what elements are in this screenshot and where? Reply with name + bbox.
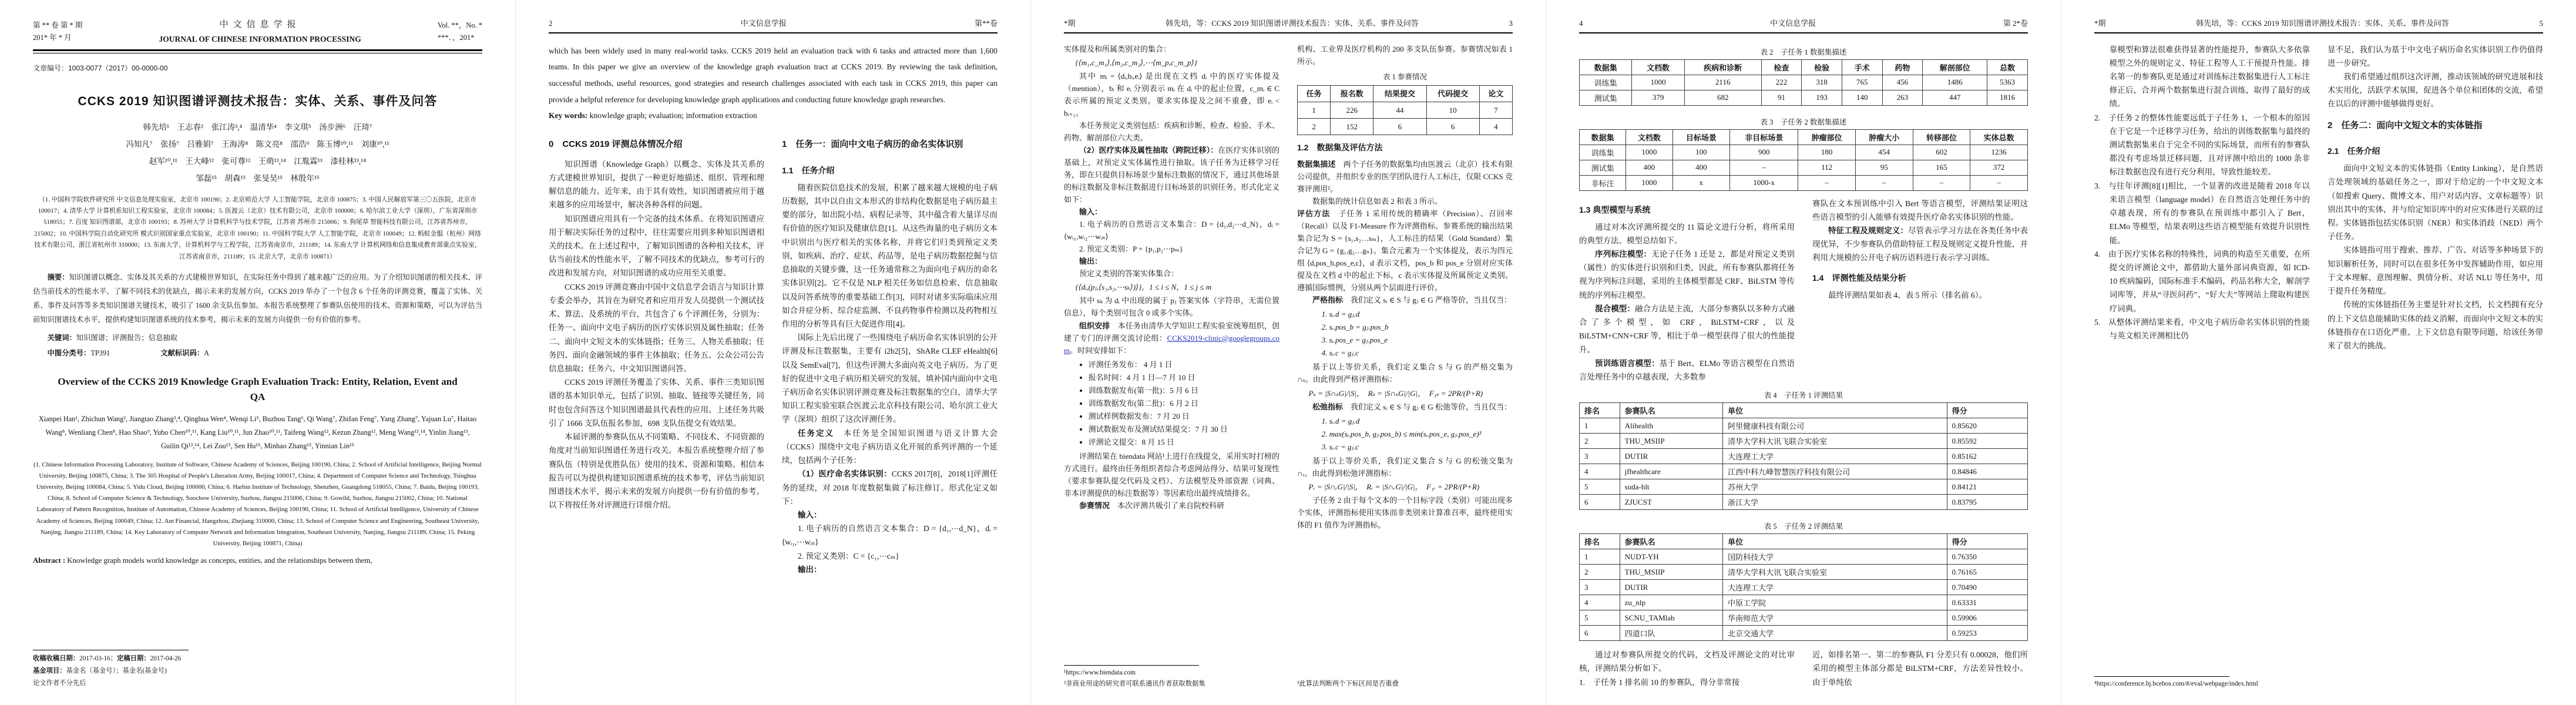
abstract-en-label: Abstract : bbox=[33, 556, 67, 565]
paragraph: 评测结果在 biendata 网站¹上进行在线提交，采用实时打榜的方式进行。最终… bbox=[1064, 450, 1279, 499]
running-head: 韩先培，等：CCKS 2019 知识图谱评测技术报告：实体、关系、事件及问答 bbox=[2196, 18, 2449, 29]
paragraph: 知识图谱应用具有一个完备的技术体系。在将知识图谱应用于解决实际任务的过程中，往往… bbox=[549, 212, 764, 280]
formula-line: 1. 电子病历的自然语言文本集合：D = {d₁,⋯d_N}，dᵢ = ⟨wᵢ₁… bbox=[782, 522, 998, 549]
subsection-heading: 1.1 任务介绍 bbox=[782, 163, 998, 177]
table-row: 5SCNU_TAMlab华南师范大学0.59906 bbox=[1580, 610, 2028, 626]
col-header: 代码提交 bbox=[1426, 85, 1479, 102]
input-label: 输入： bbox=[782, 508, 998, 522]
spacer bbox=[1579, 106, 2028, 113]
paragraph: 混合模型：融合方法是主流，大部分参赛队以多种方式融合了多个模型，如 CRF，Bi… bbox=[1579, 302, 1795, 357]
table-caption: 表 5 子任务 2 评测结果 bbox=[1579, 521, 2028, 531]
page-4: 4 中文信息学报 第 2*卷 表 2 子任务 1 数据集描述 数据集 文档数 疾… bbox=[1546, 0, 2061, 705]
left-column: 靠模型和算法很难获得显著的性能提升，参赛队大多依靠模型之外的规则定义、特征工程等… bbox=[2094, 43, 2310, 690]
paragraph: 参赛情况 本次评测共吸引了来自院校科研 bbox=[1064, 499, 1279, 512]
two-column-body: 0 CCKS 2019 评测总体情况介绍 知识图谱（Knowledge Grap… bbox=[549, 130, 998, 690]
paragraph: 评估方法 子任务 1 采用传统的精确率（Precision）、召回率（Recal… bbox=[1297, 207, 1513, 294]
col-header: 得分 bbox=[1947, 403, 2027, 418]
date-line-en: ***．，201* bbox=[438, 32, 482, 44]
list-item: max(sᵢ.pos_b, gⱼ.pos_b) ≤ min(sᵢ.pos_e, … bbox=[1329, 428, 1513, 440]
subtask1-label: （1）医疗命名实体识别： bbox=[798, 469, 892, 478]
vol-line: Vol. **，No. * bbox=[438, 19, 482, 32]
col-header: 检验 bbox=[1802, 59, 1842, 75]
paragraph: （2）医疗实体及属性抽取（跨院迁移）：在医疗实体识别的基础上，对预定义实体属性进… bbox=[1064, 144, 1279, 206]
right-column: 赛队在文本预训练中引入 Bert 等语言模型，评测结果证明这些语言模型的引入能够… bbox=[1812, 197, 2028, 384]
relaxed-metric-label: 松弛指标 bbox=[1312, 402, 1343, 411]
spacer bbox=[1579, 510, 2028, 517]
page-number: 4 bbox=[1579, 18, 1583, 29]
footnote-rule bbox=[1064, 665, 1199, 666]
footnote-url: ⁴https://conference.bj.bcebos.com/#/eval… bbox=[2094, 679, 2310, 690]
footnotes: ¹https://www.biendata.com ²非商业用途的研究者可联系通… bbox=[1064, 660, 1279, 690]
volume-label: 第**卷 bbox=[975, 18, 998, 29]
table-row: 1Alihealth阿里健康科技有限公司0.85620 bbox=[1580, 418, 2028, 434]
col-header: 非目标场景 bbox=[1730, 129, 1798, 145]
paragraph: 预定义类别的答案实体集合： bbox=[1064, 267, 1279, 280]
col-header: 报名数 bbox=[1331, 85, 1373, 102]
fund-line: 基金项目：基金名（基金号）；基金名(基金号) bbox=[33, 665, 482, 677]
paragraph: 其中 mᵢ = ⟨dᵢ,bᵢ,eᵢ⟩ 是出现在文档 dᵢ 中的医疗实体提及（me… bbox=[1064, 70, 1279, 119]
col-header: 检查 bbox=[1761, 59, 1802, 75]
abstract-en-text: Knowledge graph models world knowledge a… bbox=[67, 556, 372, 565]
paragraph: 通过对参赛队所提交的代码，文档及评测论文的对比审核，评测结果分析如下。 bbox=[1579, 648, 1795, 675]
header-rule bbox=[33, 49, 482, 53]
formula-line: {⟨dᵢ,(pⱼ,⟨s₁,s₂,⋯sₖ⟩)⟩}，1 ≤ i ≤ N，1 ≤ j … bbox=[1064, 281, 1279, 293]
paragraph: 本届评测的参赛队伍从不同策略、不同技术、不同资源的角度对当前知识图谱任务进行攻关… bbox=[549, 430, 764, 512]
paragraph: 赛队在文本预训练中引入 Bert 等语言模型，评测结果证明这些语言模型的引入能够… bbox=[1812, 197, 2028, 224]
numbered-item: 3. 与往年评测[8][1]相比，一个显著的改进是随着 2018 年以来语言模型… bbox=[2094, 179, 2310, 247]
journal-title-block: 中文信息学报 JOURNAL OF CHINESE INFORMATION PR… bbox=[159, 18, 361, 46]
abstract-label: 摘要： bbox=[48, 273, 69, 281]
table-row: 3DUTIR大连理工大学0.70490 bbox=[1580, 580, 2028, 595]
schedule-list: 评测任务发布： 4 月 1 日 报名时间：4 月 1 日—7 月 10 日 训练… bbox=[1089, 358, 1279, 449]
page-header: 第 ** 卷 第 * 期 201* 年 * 月 中文信息学报 JOURNAL O… bbox=[33, 18, 482, 46]
table-row: 5suda-hlt苏州大学0.84121 bbox=[1580, 479, 2028, 495]
subsection-heading: 1.4 评测性能及结果分析 bbox=[1812, 271, 2028, 285]
footnote-rule bbox=[33, 650, 189, 650]
list-item: 评测任务发布： 4 月 1 日 bbox=[1089, 358, 1279, 371]
hybrid-model-label: 混合模型： bbox=[1595, 304, 1635, 313]
col-header: 药物 bbox=[1882, 59, 1923, 75]
table-row: 2THU_MSIIP清华大学科大讯飞联合实验室0.76165 bbox=[1580, 565, 2028, 580]
table-row: 1NUDT-YH国防科技大学0.76350 bbox=[1580, 549, 2028, 565]
keywords-label: 关键词： bbox=[48, 334, 76, 342]
list-item: 评测论文提交：8 月 15 日 bbox=[1089, 436, 1279, 448]
doc-code-value: A bbox=[204, 349, 209, 357]
strict-metric-label: 严格指标 bbox=[1312, 296, 1343, 304]
dataset-label: 数据集描述 bbox=[1297, 160, 1336, 169]
title-page-footnotes: 收稿收稿日期：2017-03-16；定稿日期：2017-04-26 基金项目：基… bbox=[33, 650, 482, 690]
header-rule bbox=[1579, 32, 2028, 33]
two-column-body: 实体提及和所属类别对的集合： {⟨m₁,c_m₁⟩,⟨m₂,c_m₂⟩,⋯⟨m_… bbox=[1064, 43, 1513, 690]
formula-line: {⟨m₁,c_m₁⟩,⟨m₂,c_m₂⟩,⋯⟨m_p,c_m_p⟩} bbox=[1064, 56, 1279, 69]
abstract-cn: 摘要：知识图谱以概念、实体及其关系的方式建模世界知识，在实际任务中得到了越来越广… bbox=[33, 271, 482, 327]
abstract-en: Abstract : Knowledge graph models world … bbox=[33, 556, 482, 565]
paragraph: 严格指标 我们定义 sᵢ ∈ S 与 gⱼ ∈ G 严格等价，当且仅当： bbox=[1297, 294, 1513, 306]
formula-line: Pₛ = |S∩ₛG|/|S|， Rₛ = |S∩ₛG|/|G|， F₁ₛ = … bbox=[1297, 387, 1513, 399]
affiliations-en: (1. Chinese Information Processing Labor… bbox=[33, 459, 482, 550]
subsection-heading: 1.2 数据集及评估方法 bbox=[1297, 141, 1513, 155]
two-column-body: 通过对参赛队所提交的代码，文档及评测论文的对比审核，评测结果分析如下。 1. 子… bbox=[1579, 648, 2028, 690]
authors-line: 赵军¹⁰,¹¹ 王大峰¹² 张可尊¹² 王萌¹³,¹⁴ 江胤霖¹³ 漆桂林¹³,… bbox=[33, 153, 482, 170]
issue-label: *期 bbox=[2094, 18, 2106, 29]
subtask2-label: （2）医疗实体及属性抽取（跨院迁移）： bbox=[1079, 146, 1218, 155]
numbered-item: 4. 由于医疗实体名称的特殊性，词典的构造至关重要，在所提交的评测论文中，都借助… bbox=[2094, 247, 2310, 315]
journal-name-en: JOURNAL OF CHINESE INFORMATION PROCESSIN… bbox=[159, 33, 361, 46]
sequence-model-label: 序列标注模型： bbox=[1595, 250, 1651, 258]
list-item: sᵢ.c = gⱼ.c bbox=[1329, 347, 1513, 359]
table-row: 4jfhealthcare江西中科九峰智慧医疗科技有限公司0.84846 bbox=[1580, 464, 2028, 479]
col-header: 肿瘤大小 bbox=[1855, 129, 1913, 145]
received-line: 收稿收稿日期：2017-03-16；定稿日期：2017-04-26 bbox=[33, 653, 482, 665]
paragraph: 知识图谱（Knowledge Graph）以概念、实体及其关系的方式建模世界知识… bbox=[549, 157, 764, 212]
left-column: 通过对参赛队所提交的代码，文档及评测论文的对比审核，评测结果分析如下。 1. 子… bbox=[1579, 648, 1795, 690]
right-column: 近，如排名第一、第二的参赛队 F1 分差只有 0.00028，他们所采用的模型主… bbox=[1812, 648, 2028, 690]
page-header: 2 中文信息学报 第**卷 bbox=[549, 18, 998, 29]
table-row: 测试集 379 682 91 193 140 263 447 1816 bbox=[1580, 90, 2028, 105]
formula-line: 2. 预定义类别：P = {p₁,p₂⋯pₘ} bbox=[1064, 243, 1279, 255]
authors-line: 冯知凡⁷ 张扬⁷ 吕雅娟⁷ 王海涛⁸ 陈文亮⁸ 邵浩⁹ 陈玉博¹⁰,¹¹ 刘康¹… bbox=[33, 136, 482, 153]
running-head: 韩先培，等：CCKS 2019 知识图谱评测技术报告：实体、关系、事件及问答 bbox=[1166, 18, 1418, 29]
output-label: 输出： bbox=[1064, 255, 1279, 267]
col-header: 总数 bbox=[1987, 59, 2028, 75]
paragraph: 其中 sₖ 为 dᵢ 中出现的属于 pⱼ 答案实体（字符串，无需位置信息），每个… bbox=[1064, 294, 1279, 319]
page-number: 5 bbox=[2539, 18, 2543, 29]
table-subtask2-dataset: 数据集 文档数 目标场景 非目标场景 肿瘤部位 肿瘤大小 转移部位 实体总数 训… bbox=[1579, 129, 2028, 191]
paragraph: 传统的实体链指任务主要是针对长文档，长文档拥有充分的上下文信息能辅助实体的歧义消… bbox=[2328, 298, 2543, 352]
running-head: 中文信息学报 bbox=[1770, 18, 1816, 29]
eval-method-label: 评估方法 bbox=[1297, 209, 1330, 218]
col-header: 手术 bbox=[1842, 59, 1882, 75]
page-header: *期 韩先培，等：CCKS 2019 知识图谱评测技术报告：实体、关系、事件及问… bbox=[2094, 18, 2543, 29]
strict-criteria-list: sᵢ.d = gⱼ.d sᵢ.pos_b = gⱼ.pos_b sᵢ.pos_e… bbox=[1329, 307, 1513, 360]
col-header: 论文 bbox=[1479, 85, 1512, 102]
abstract-en-continuation: which has been widely used in many real-… bbox=[549, 43, 998, 108]
table-subtask1-results: 排名 参赛队名 单位 得分 1Alihealth阿里健康科技有限公司0.8562… bbox=[1579, 402, 2028, 510]
paragraph: 数据集描述 两个子任务的数据集均由医渡云（北京）技术有限公司提供，并组织专业的医… bbox=[1297, 158, 1513, 195]
list-item: 训练数据发布(第二批)：6 月 2 日 bbox=[1089, 397, 1279, 409]
page-number: 3 bbox=[1509, 18, 1513, 29]
paragraph: 机构、工业界及医疗机构的 200 多支队伍参赛。参赛情况如表 1 所示。 bbox=[1297, 43, 1513, 68]
col-header: 解剖部位 bbox=[1923, 59, 1987, 75]
keywords-text: 知识图谱；评测报告；信息抽取 bbox=[76, 334, 177, 342]
table-caption: 表 1 参赛情况 bbox=[1297, 71, 1513, 83]
paragraph: 近，如排名第一、第二的参赛队 F1 分差只有 0.00028，他们所采用的模型主… bbox=[1812, 648, 2028, 689]
col-header: 结果提交 bbox=[1373, 85, 1426, 102]
formula-line: 2. 预定义类别：C = {c₁,⋯cₘ} bbox=[782, 549, 998, 563]
task-definition-label: 任务定义 bbox=[798, 429, 834, 438]
table-row: 训练集 1000 100 900 180 454 602 1236 bbox=[1580, 145, 2028, 160]
page-1: 第 ** 卷 第 * 期 201* 年 * 月 中文信息学报 JOURNAL O… bbox=[0, 0, 515, 705]
page-5: *期 韩先培，等：CCKS 2019 知识图谱评测技术报告：实体、关系、事件及问… bbox=[2061, 0, 2576, 705]
paragraph: 子任务 2 由于每个文本的一个目标字段（类别）可能出现多个实体，评测指标使用实体… bbox=[1297, 494, 1513, 531]
footnote-overlap: ³此算法判断两个下标区间是否重叠 bbox=[1297, 679, 1513, 690]
authors-line: 邹磊¹⁵ 胡森¹⁵ 张旻昊¹⁵ 林殷年¹⁵ bbox=[33, 170, 482, 187]
table-caption: 表 3 子任务 2 数据集描述 bbox=[1579, 116, 2028, 127]
list-item: sᵢ.c = gⱼ.c bbox=[1329, 441, 1513, 453]
paragraph: CCKS 2019 评测竞赛由中国中文信息学会语言与知识计算专委会举办，其旨在为… bbox=[549, 280, 764, 376]
list-item: 训练数据发布(第一批)：5 月 6 日 bbox=[1089, 384, 1279, 397]
header-rule bbox=[1064, 32, 1513, 33]
table-row: 2 152 6 6 4 bbox=[1298, 118, 1513, 135]
table-header-row: 排名 参赛队名 单位 得分 bbox=[1580, 534, 2028, 549]
col-header: 单位 bbox=[1723, 403, 1947, 418]
table-row: 1 226 44 10 7 bbox=[1298, 102, 1513, 118]
article-number: 文章编号：1003-0077（2017）00-0000-00 bbox=[33, 63, 482, 73]
col-header: 转移部位 bbox=[1913, 129, 1970, 145]
list-item: 测试数据发布及测试结果提交：7 月 30 日 bbox=[1089, 423, 1279, 435]
table-caption: 表 2 子任务 1 数据集描述 bbox=[1579, 46, 2028, 57]
footnote-rule bbox=[2094, 676, 2229, 677]
paragraph: 面向中文短文本的实体链指（Entity Linking），是自然语言处理领域的基… bbox=[2328, 162, 2543, 243]
section-heading: 2 任务二：面向中文短文本的实体链指 bbox=[2328, 119, 2543, 133]
doc-code-label: 文献标识码： bbox=[160, 349, 204, 357]
paragraph: 数据集的统计信息如表 2 和表 3 所示。 bbox=[1297, 195, 1513, 207]
paragraph: 任务定义 本任务是全国知识图谱与语义计算大会（CCKS）围绕中文电子病历语义化开… bbox=[782, 427, 998, 468]
list-item: sᵢ.pos_e = gⱼ.pos_e bbox=[1329, 334, 1513, 346]
paragraph: （1）医疗命名实体识别：CCKS 2017[8]，2018[1]评测任务的延续，… bbox=[782, 467, 998, 508]
keywords-en: Key words: knowledge graph; evaluation; … bbox=[549, 111, 998, 120]
paragraph: 特征工程及规则定义：尽管表示学习方法在各类任务中表现优异，不少参赛队仍借助特征工… bbox=[1812, 224, 2028, 265]
paragraph: 基于以上等价关系，我们定义集合 S 与 G 的松弛交集为 ∩ᵣ。由此得到松弛评测… bbox=[1297, 455, 1513, 479]
header-rule bbox=[549, 32, 998, 33]
col-header: 任务 bbox=[1298, 85, 1331, 102]
numbered-item: 2. 子任务 2 的整体性能要远低于子任务 1，一个根本的原因在于它是一个迁移学… bbox=[2094, 111, 2310, 179]
volume-label: 第 2*卷 bbox=[2003, 18, 2028, 29]
table-row: 3DUTIR大连理工大学0.85162 bbox=[1580, 449, 2028, 464]
page-header: 4 中文信息学报 第 2*卷 bbox=[1579, 18, 2028, 29]
page-2: 2 中文信息学报 第**卷 which has been widely used… bbox=[515, 0, 1030, 705]
list-item: sᵢ.pos_b = gⱼ.pos_b bbox=[1329, 321, 1513, 333]
paper-title-en: Overview of the CCKS 2019 Knowledge Grap… bbox=[51, 374, 465, 405]
paragraph: 组织安排 本任务由清华大学知识工程实验室统筹组织，创建了专门的评测交流讨论组：C… bbox=[1064, 320, 1279, 357]
two-column-body: 靠模型和算法很难获得显著的性能提升，参赛队大多依靠模型之外的规则定义、特征工程等… bbox=[2094, 43, 2543, 690]
table-row: 4zu_nlp中原工学院0.63331 bbox=[1580, 595, 2028, 610]
header-issue-block: 第 ** 卷 第 * 期 201* 年 * 月 bbox=[33, 19, 82, 45]
paragraph: CCKS 2019 评测任务覆盖了实体、关系、事件三类知识图谱的基本知识单元，包… bbox=[549, 375, 764, 430]
paragraph: 通过对本次评测所提交的 11 篇论文进行分析，将所采用的典型方法、模型总结如下。 bbox=[1579, 220, 1795, 247]
paragraph: 靠模型和算法很难获得显著的性能提升，参赛队大多依靠模型之外的规则定义、特征工程等… bbox=[2094, 43, 2310, 111]
journal-name-cn: 中文信息学报 bbox=[159, 18, 361, 33]
right-column: 显不足，我们认为基于中文电子病历命名实体识别工作仍值得进一步研究。 我们希望通过… bbox=[2328, 43, 2543, 690]
numbered-item: 5. 从整体评测结果来看，中文电子病历命名实体识别的性能与英文相关评测相比仍 bbox=[2094, 315, 2310, 343]
authors-en: Xianpei Han¹, Zhichun Wang², Jiangtao Zh… bbox=[38, 412, 478, 454]
col-header: 数据集 bbox=[1580, 129, 1626, 145]
output-label: 输出： bbox=[782, 563, 998, 576]
page-3: *期 韩先培，等：CCKS 2019 知识图谱评测技术报告：实体、关系、事件及问… bbox=[1030, 0, 1546, 705]
col-header: 参赛队名 bbox=[1620, 534, 1722, 549]
col-header: 排名 bbox=[1580, 403, 1620, 418]
col-header: 单位 bbox=[1723, 534, 1947, 549]
feature-rule-label: 特征工程及规则定义： bbox=[1828, 226, 1908, 235]
clc-line: 中图分类号：TP391文献标识码：A bbox=[33, 347, 482, 358]
table-header-row: 数据集 文档数 疾病和诊断 检查 检验 手术 药物 解剖部位 总数 bbox=[1580, 59, 2028, 75]
left-column: 1.3 典型模型与系统 通过对本次评测所提交的 11 篇论文进行分析，将所采用的… bbox=[1579, 197, 1795, 384]
subsection-heading: 1.3 典型模型与系统 bbox=[1579, 203, 1795, 217]
footnote-biendata: ¹https://www.biendata.com bbox=[1064, 667, 1279, 679]
issue-label: *期 bbox=[1064, 18, 1076, 29]
table-row: 2THU_MSIIP清华大学科大讯飞联合实验室0.85592 bbox=[1580, 434, 2028, 449]
list-item: 报名时间：4 月 1 日—7 月 10 日 bbox=[1089, 371, 1279, 384]
paragraph: 实体提及和所属类别对的集合： bbox=[1064, 43, 1279, 55]
input-label: 输入： bbox=[1064, 206, 1279, 218]
participation-label: 参赛情况 bbox=[1079, 501, 1110, 510]
table-row: 非标注 1000 x 1000-x – – – – bbox=[1580, 175, 2028, 190]
pretrained-lm-label: 预训练语言模型： bbox=[1595, 359, 1660, 368]
two-column-body: 1.3 典型模型与系统 通过对本次评测所提交的 11 篇论文进行分析，将所采用的… bbox=[1579, 197, 2028, 384]
footnotes: ³此算法判断两个下标区间是否重叠 bbox=[1297, 674, 1513, 690]
clc-label: 中图分类号： bbox=[48, 349, 91, 357]
paragraph: 松弛指标 我们定义 sᵢ ∈ S 与 gⱼ ∈ G 松弛等价，当且仅当： bbox=[1297, 401, 1513, 413]
journal-spread: 第 ** 卷 第 * 期 201* 年 * 月 中文信息学报 JOURNAL O… bbox=[0, 0, 2576, 705]
table-subtask2-results: 排名 参赛队名 单位 得分 1NUDT-YH国防科技大学0.76350 2THU… bbox=[1579, 533, 2028, 641]
col-header: 文档数 bbox=[1632, 59, 1684, 75]
table-row: 训练集 1000 2116 222 318 765 456 1486 5363 bbox=[1580, 75, 2028, 90]
subsection-heading: 2.1 任务介绍 bbox=[2328, 144, 2543, 158]
relaxed-criteria-list: sᵢ.d = gⱼ.d max(sᵢ.pos_b, gⱼ.pos_b) ≤ mi… bbox=[1329, 414, 1513, 454]
left-column: 0 CCKS 2019 评测总体情况介绍 知识图谱（Knowledge Grap… bbox=[549, 130, 764, 690]
paragraph: 本任务预定义类别包括：疾病和诊断、检查、检验、手术、药物、解剖部位六大类。 bbox=[1064, 119, 1279, 144]
affiliations-cn: （1. 中国科学院软件研究所 中文信息处理实验室，北京市 100190；2. 北… bbox=[33, 194, 482, 263]
paragraph: 国际上先后出现了一些围绕电子病历命名实体识别的公开评测及标注数据集，主要有 i2… bbox=[782, 331, 998, 427]
footnotes: ⁴https://conference.bj.bcebos.com/#/eval… bbox=[2094, 672, 2310, 690]
table-header-row: 任务 报名数 结果提交 代码提交 论文 bbox=[1298, 85, 1513, 102]
paragraph: 显不足，我们认为基于中文电子病历命名实体识别工作仍值得进一步研究。 bbox=[2328, 43, 2543, 70]
table-caption: 表 4 子任务 1 评测结果 bbox=[1579, 390, 2028, 400]
authors-cn: 韩先培¹ 王志春² 张江涛³,⁴ 温清华⁴ 李文琪⁵ 汤步洲⁶ 汪琦⁷ 冯知凡⁷… bbox=[33, 119, 482, 187]
page-number: 2 bbox=[549, 18, 553, 29]
paragraph: 预训练语言模型：基于 Bert、ELMo 等语言模型在自然语言处理任务中的卓越表… bbox=[1579, 357, 1795, 384]
footnote-dataset: ²非商业用途的研究者可联系通讯作者获取数据集 bbox=[1064, 679, 1279, 690]
col-header: 疾病和诊断 bbox=[1684, 59, 1761, 75]
header-vol-block: Vol. **，No. * ***．，201* bbox=[438, 19, 482, 45]
list-item: sᵢ.d = gⱼ.d bbox=[1329, 308, 1513, 320]
issue-line: 第 ** 卷 第 * 期 bbox=[33, 19, 82, 32]
col-header: 参赛队名 bbox=[1620, 403, 1722, 418]
authors-note: 论文作者不分先后 bbox=[33, 677, 482, 690]
paragraph: 序列标注模型：无论子任务 1 还是 2，都是对预定义类别（属性）的实体进行识别和… bbox=[1579, 247, 1795, 302]
paragraph: 最终评测结果如表 4、表 5 所示（排名前 6）。 bbox=[1812, 288, 2028, 302]
right-column: 1 任务一：面向中文电子病历的命名实体识别 1.1 任务介绍 随着医院信息技术的… bbox=[782, 130, 998, 690]
formula-line: Pᵣ = |S∩ᵣG|/|S|， Rᵣ = |S∩ᵣG|/|G|， F₁ᵣ = … bbox=[1297, 481, 1513, 493]
right-column: 机构、工业界及医疗机构的 200 多支队伍参赛。参赛情况如表 1 所示。 表 1… bbox=[1297, 43, 1513, 690]
date-line: 201* 年 * 月 bbox=[33, 32, 82, 44]
section-heading: 0 CCKS 2019 评测总体情况介绍 bbox=[549, 138, 764, 152]
page-header: *期 韩先培，等：CCKS 2019 知识图谱评测技术报告：实体、关系、事件及问… bbox=[1064, 18, 1513, 29]
clc-value: TP391 bbox=[90, 349, 110, 357]
col-header: 肿瘤部位 bbox=[1798, 129, 1856, 145]
table-subtask1-dataset: 数据集 文档数 疾病和诊断 检查 检验 手术 药物 解剖部位 总数 训练集 10… bbox=[1579, 59, 2028, 106]
organization-label: 组织安排 bbox=[1079, 321, 1110, 330]
table-header-row: 排名 参赛队名 单位 得分 bbox=[1580, 403, 2028, 418]
authors-line: 韩先培¹ 王志春² 张江涛³,⁴ 温清华⁴ 李文琪⁵ 汤步洲⁶ 汪琦⁷ bbox=[33, 119, 482, 136]
table-row: 6ZJUCST浙江大学0.83795 bbox=[1580, 495, 2028, 510]
col-header: 文档数 bbox=[1626, 129, 1672, 145]
abstract-text: 知识图谱以概念、实体及其关系的方式建模世界知识，在实际任务中得到了越来越广泛的应… bbox=[33, 273, 482, 324]
header-rule bbox=[2094, 32, 2543, 33]
col-header: 目标场景 bbox=[1672, 129, 1730, 145]
left-column: 实体提及和所属类别对的集合： {⟨m₁,c_m₁⟩,⟨m₂,c_m₂⟩,⋯⟨m_… bbox=[1064, 43, 1279, 690]
paragraph: 我们希望通过组织这次评测，推动该领域的研究进展和技术实用化，活跃学术氛围，促进各… bbox=[2328, 70, 2543, 111]
table-header-row: 数据集 文档数 目标场景 非目标场景 肿瘤部位 肿瘤大小 转移部位 实体总数 bbox=[1580, 129, 2028, 145]
formula-line: 1. 电子病历的自然语言文本集合：D = {d₁,d₂⋯d_N}，dᵢ = ⟨w… bbox=[1064, 218, 1279, 243]
table-row: 测试集 400 400 – 112 95 165 372 bbox=[1580, 160, 2028, 175]
paper-title-cn: CCKS 2019 知识图谱评测技术报告：实体、关系、事件及问答 bbox=[33, 92, 482, 109]
paragraph: 随着医院信息技术的发展，积累了越来越大规模的电子病历数据，其中以自由文本形式的非… bbox=[782, 181, 998, 331]
col-header: 得分 bbox=[1947, 534, 2027, 549]
table-participation: 任务 报名数 结果提交 代码提交 论文 1 226 44 10 7 bbox=[1297, 85, 1513, 135]
running-head: 中文信息学报 bbox=[741, 18, 787, 29]
paragraph: 基于以上等价关系，我们定义集合 S 与 G 的严格交集为 ∩ₛ。由此得到严格评测… bbox=[1297, 361, 1513, 385]
col-header: 排名 bbox=[1580, 534, 1620, 549]
numbered-item: 1. 子任务 1 排名前 10 的参赛队，得分非常接 bbox=[1579, 676, 1795, 689]
col-header: 实体总数 bbox=[1970, 129, 2028, 145]
section-heading: 1 任务一：面向中文电子病历的命名实体识别 bbox=[782, 138, 998, 152]
keywords-cn: 关键词：知识图谱；评测报告；信息抽取 bbox=[33, 332, 482, 343]
paragraph: 实体链指可用于搜索、推荐、广告、对话等多种场景下的知识解析任务，同时可以在很多任… bbox=[2328, 243, 2543, 298]
col-header: 数据集 bbox=[1580, 59, 1632, 75]
list-item: 测试样例数据发布：7 月 20 日 bbox=[1089, 410, 1279, 422]
list-item: sᵢ.d = gⱼ.d bbox=[1329, 415, 1513, 427]
table-row: 6四道口队北京交通大学0.59253 bbox=[1580, 626, 2028, 641]
